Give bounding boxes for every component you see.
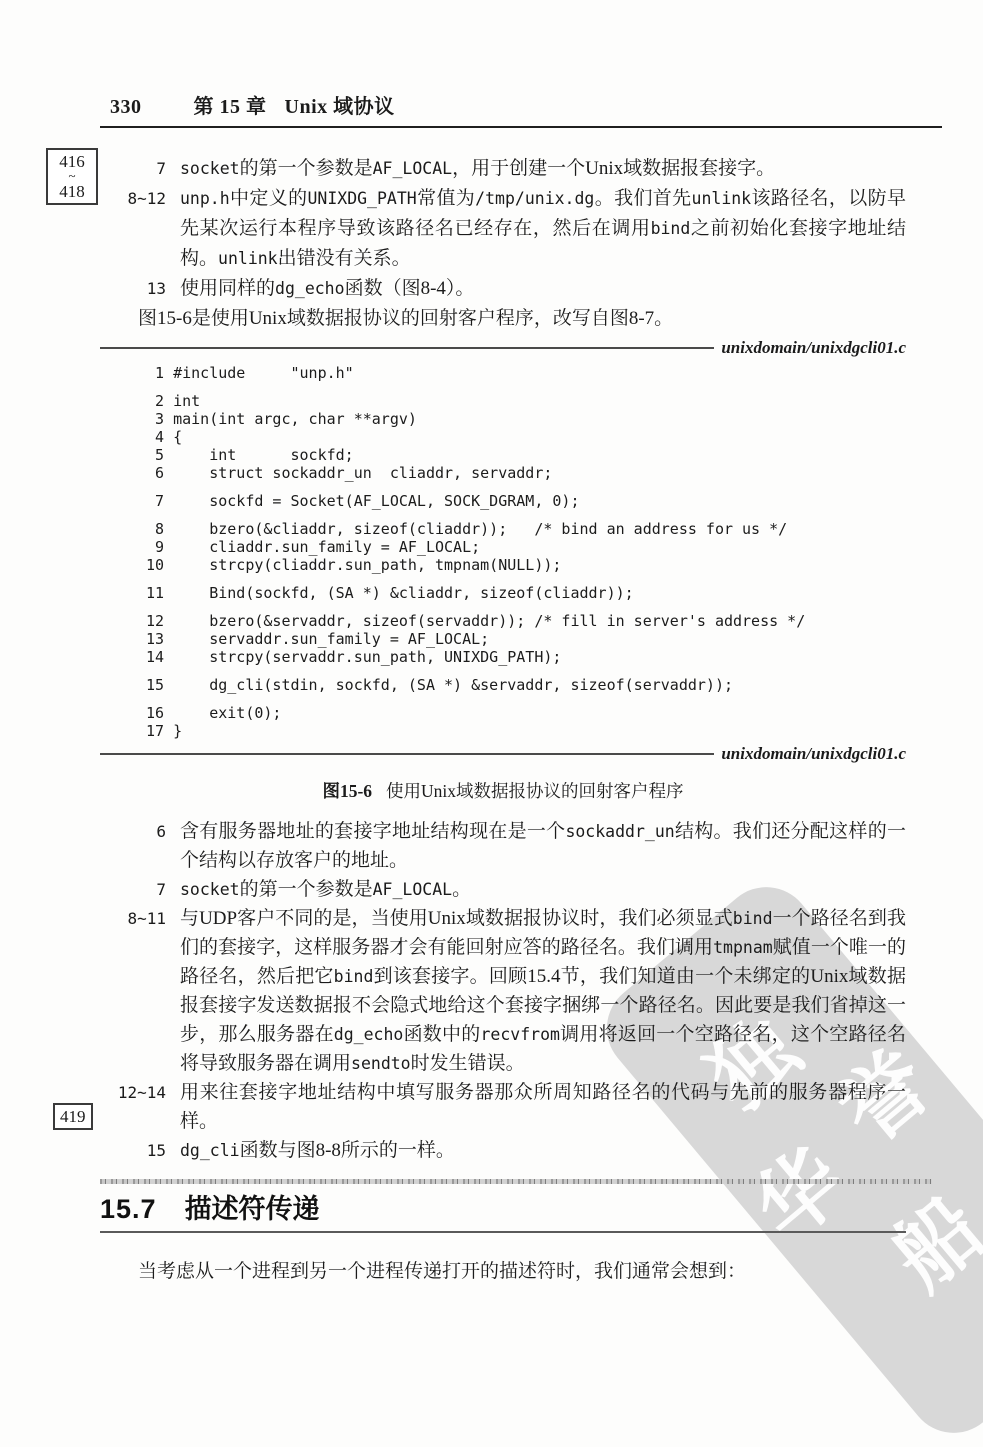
- paragraph-text: socket的第一个参数是AF_LOCAL。: [180, 875, 906, 904]
- margin-note-page-419: 419: [53, 1103, 93, 1130]
- code-line: 17 }: [146, 722, 906, 740]
- code-listing-figure: unixdomain/unixdgcli01.c 1 #include "unp…: [100, 338, 906, 803]
- chapter-number: 第 15 章: [194, 96, 267, 118]
- paragraph-text: socket的第一个参数是AF_LOCAL，用于创建一个Unix域数据报套接字。: [180, 154, 906, 184]
- code-line: [146, 482, 906, 492]
- commentary-bottom: 6含有服务器地址的套接字地址结构现在是一个sockaddr_un结构。我们还分配…: [100, 817, 906, 1165]
- paragraph: 7socket的第一个参数是AF_LOCAL，用于创建一个Unix域数据报套接字…: [100, 154, 906, 184]
- section-underline-rule: [100, 1231, 906, 1233]
- paragraph-line-range: 12~14: [100, 1078, 180, 1136]
- code-line: [146, 382, 906, 392]
- section-divider-band: [100, 1179, 932, 1184]
- listing-top-rule: unixdomain/unixdgcli01.c: [100, 338, 906, 358]
- code-line: 16 exit(0);: [146, 704, 906, 722]
- code-line: 4 {: [146, 428, 906, 446]
- code-line: [146, 574, 906, 584]
- code-line: 11 Bind(sockfd, (SA *) &cliaddr, sizeof(…: [146, 584, 906, 602]
- code-line: [146, 602, 906, 612]
- paragraph-line-range: 6: [100, 817, 180, 875]
- code-line: 1 #include "unp.h": [146, 364, 906, 382]
- paragraph: 图15-6是使用Unix域数据报协议的回射客户程序，改写自图8-7。: [100, 304, 906, 334]
- code-line: 7 sockfd = Socket(AF_LOCAL, SOCK_DGRAM, …: [146, 492, 906, 510]
- paragraph: 13使用同样的dg_echo函数（图8-4）。: [100, 274, 906, 304]
- paragraph-text: 用来往套接字地址结构中填写服务器那众所周知路径名的代码与先前的服务器程序一样。: [180, 1078, 906, 1136]
- paragraph-text: 图15-6是使用Unix域数据报协议的回射客户程序，改写自图8-7。: [100, 304, 906, 334]
- paragraph: 6含有服务器地址的套接字地址结构现在是一个sockaddr_un结构。我们还分配…: [100, 817, 906, 875]
- header-rule: [100, 126, 942, 128]
- paragraph-text: 含有服务器地址的套接字地址结构现在是一个sockaddr_un结构。我们还分配这…: [180, 817, 906, 875]
- code-line: 6 struct sockaddr_un cliaddr, servaddr;: [146, 464, 906, 482]
- page-number: 330: [110, 96, 142, 118]
- paragraph: 12~14用来往套接字地址结构中填写服务器那众所周知路径名的代码与先前的服务器程…: [100, 1078, 906, 1136]
- paragraph-text: dg_cli函数与图8-8所示的一样。: [180, 1136, 906, 1165]
- paragraph-line-range: 13: [100, 274, 180, 304]
- margin-range-tilde: ~: [53, 171, 91, 182]
- source-file-label: unixdomain/unixdgcli01.c: [721, 338, 906, 358]
- commentary-top: 7socket的第一个参数是AF_LOCAL，用于创建一个Unix域数据报套接字…: [100, 154, 906, 334]
- scanned-book-page: PDG 独华誉船 330第 15 章Unix 域协议 416 ~ 418 419…: [0, 0, 983, 1447]
- paragraph-line-range: 7: [100, 875, 180, 904]
- code-listing: 1 #include "unp.h" 2 int 3 main(int argc…: [100, 358, 906, 744]
- running-head: 330第 15 章Unix 域协议: [0, 0, 983, 119]
- section-title: 描述符传递: [185, 1192, 320, 1226]
- code-line: 12 bzero(&servaddr, sizeof(servaddr)); /…: [146, 612, 906, 630]
- paragraph: 7socket的第一个参数是AF_LOCAL。: [100, 875, 906, 904]
- margin-range-bottom: 418: [59, 182, 85, 201]
- margin-note-page-range: 416 ~ 418: [46, 148, 98, 205]
- code-line: 13 servaddr.sun_family = AF_LOCAL;: [146, 630, 906, 648]
- paragraph-line-range: 15: [100, 1136, 180, 1165]
- chapter-title: Unix 域协议: [285, 96, 395, 118]
- code-line: 10 strcpy(cliaddr.sun_path, tmpnam(NULL)…: [146, 556, 906, 574]
- listing-bottom-rule: unixdomain/unixdgcli01.c: [100, 744, 906, 764]
- code-line: 3 main(int argc, char **argv): [146, 410, 906, 428]
- code-line: [146, 510, 906, 520]
- code-line: [146, 694, 906, 704]
- code-line: 15 dg_cli(stdin, sockfd, (SA *) &servadd…: [146, 676, 906, 694]
- closing-paragraph: 当考虑从一个进程到另一个进程传递打开的描述符时，我们通常会想到：: [100, 1257, 906, 1287]
- paragraph-line-range: 8~11: [100, 904, 180, 1078]
- code-line: 5 int sockfd;: [146, 446, 906, 464]
- horizontal-rule: [100, 347, 714, 349]
- code-line: 9 cliaddr.sun_family = AF_LOCAL;: [146, 538, 906, 556]
- figure-caption-label: 图15-6: [322, 781, 372, 801]
- source-file-label: unixdomain/unixdgcli01.c: [721, 744, 906, 764]
- paragraph-text: 使用同样的dg_echo函数（图8-4）。: [180, 274, 906, 304]
- code-line: 8 bzero(&cliaddr, sizeof(cliaddr)); /* b…: [146, 520, 906, 538]
- text-column: 7socket的第一个参数是AF_LOCAL，用于创建一个Unix域数据报套接字…: [100, 154, 906, 1287]
- figure-caption: 图15-6使用Unix域数据报协议的回射客户程序: [100, 778, 906, 803]
- code-line: 14 strcpy(servaddr.sun_path, UNIXDG_PATH…: [146, 648, 906, 666]
- paragraph-line-range: 7: [100, 154, 180, 184]
- code-line: 2 int: [146, 392, 906, 410]
- paragraph-text: unp.h中定义的UNIXDG_PATH常值为/tmp/unix.dg。我们首先…: [180, 184, 906, 274]
- horizontal-rule: [100, 753, 714, 755]
- paragraph: 8~12unp.h中定义的UNIXDG_PATH常值为/tmp/unix.dg。…: [100, 184, 906, 274]
- paragraph: 8~11与UDP客户不同的是，当使用Unix域数据报协议时，我们必须显式bind…: [100, 904, 906, 1078]
- code-line: [146, 666, 906, 676]
- paragraph: 15dg_cli函数与图8-8所示的一样。: [100, 1136, 906, 1165]
- section-heading: 15.7 描述符传递: [100, 1192, 906, 1226]
- paragraph-line-range: 8~12: [100, 184, 180, 274]
- paragraph-text: 与UDP客户不同的是，当使用Unix域数据报协议时，我们必须显式bind一个路径…: [180, 904, 906, 1078]
- figure-caption-text: 使用Unix域数据报协议的回射客户程序: [386, 781, 684, 801]
- section-number: 15.7: [100, 1192, 157, 1226]
